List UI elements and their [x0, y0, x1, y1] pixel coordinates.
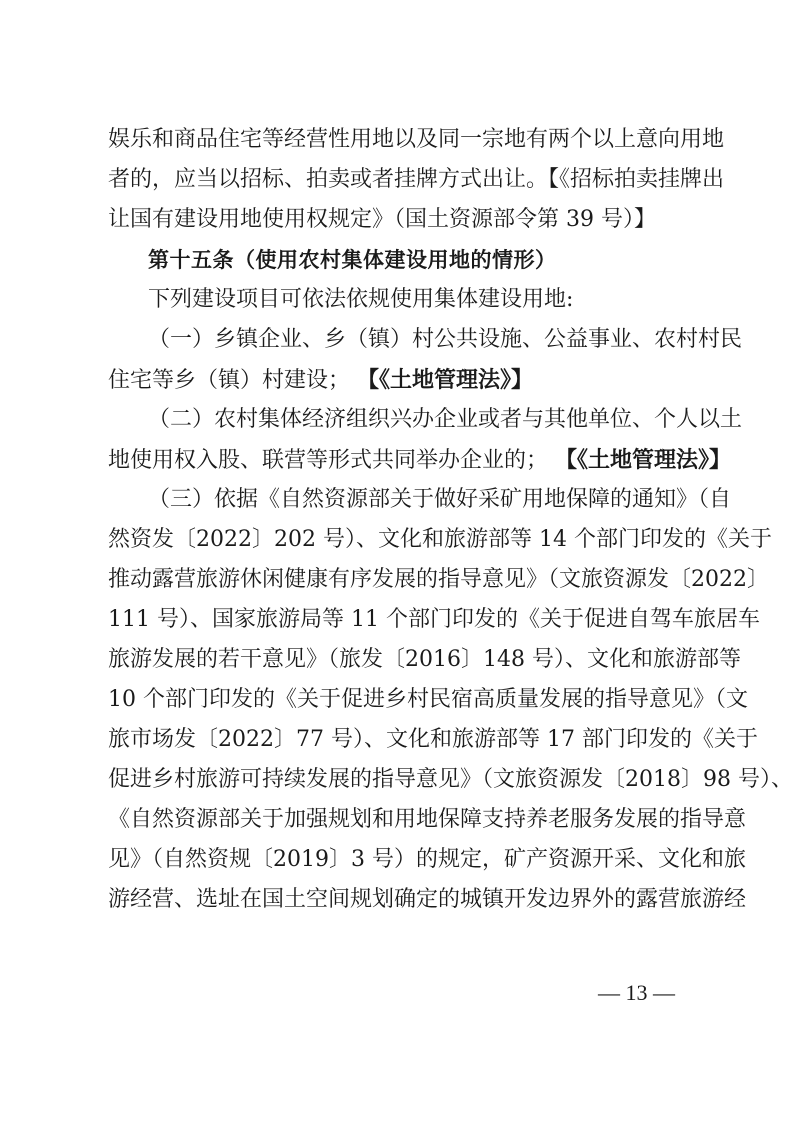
item-2-text: 地使用权入股、联营等形式共同举办企业的； [108, 448, 548, 473]
item-3-line-5: 旅游发展的若干意见》（旅发〔2016〕148 号）、文化和旅游部等 [108, 640, 684, 680]
item-1-line-1: （一）乡镇企业、乡（镇）村公共设施、公益事业、农村村民 [108, 320, 684, 360]
item-3-line-6: 10 个部门印发的《关于促进乡村民宿高质量发展的指导意见》（文 [108, 680, 684, 720]
paragraph-continuation-line-2: 者的，应当以招标、拍卖或者挂牌方式出让。【《招标拍卖挂牌出 [108, 160, 684, 200]
item-2-line-1: （二）农村集体经济组织兴办企业或者与其他单位、个人以土 [108, 400, 684, 440]
article-intro: 下列建设项目可依法依规使用集体建设用地: [108, 280, 684, 320]
item-2-line-2: 地使用权入股、联营等形式共同举办企业的； 【《土地管理法》】 [108, 440, 684, 480]
page-number: — 13 — [598, 978, 698, 1008]
item-3-line-8: 促进乡村旅游可持续发展的指导意见》（文旅资源发〔2018〕98 号）、 [108, 760, 684, 800]
item-3-line-1: （三）依据《自然资源部关于做好采矿用地保障的通知》（自 [108, 480, 684, 520]
document-body: 娱乐和商品住宅等经营性用地以及同一宗地有两个以上意向用地 者的，应当以招标、拍卖… [108, 120, 684, 920]
item-1-legal-reference: 【《土地管理法》】 [357, 367, 533, 393]
paragraph-continuation-line-1: 娱乐和商品住宅等经营性用地以及同一宗地有两个以上意向用地 [108, 120, 684, 160]
item-1-text: 住宅等乡（镇）村建设； [108, 368, 350, 393]
article-heading: 第十五条（使用农村集体建设用地的情形） [108, 240, 684, 280]
item-3-line-4: 111 号）、国家旅游局等 11 个部门印发的《关于促进自驾车旅居车 [108, 600, 684, 640]
item-3-line-11: 游经营、选址在国土空间规划确定的城镇开发边界外的露营旅游经 [108, 880, 684, 920]
item-3-line-2: 然资发〔2022〕202 号）、文化和旅游部等 14 个部门印发的《关于 [108, 520, 684, 560]
item-3-line-7: 旅市场发〔2022〕77 号）、文化和旅游部等 17 部门印发的《关于 [108, 720, 684, 760]
paragraph-continuation-line-3: 让国有建设用地使用权规定》（国土资源部令第 39 号）】 [108, 200, 684, 240]
document-page: 娱乐和商品住宅等经营性用地以及同一宗地有两个以上意向用地 者的，应当以招标、拍卖… [0, 0, 793, 1122]
item-2-legal-reference: 【《土地管理法》】 [555, 447, 731, 473]
item-3-line-10: 见》（自然资规〔2019〕3 号）的规定，矿产资源开采、文化和旅 [108, 840, 684, 880]
item-1-line-2: 住宅等乡（镇）村建设； 【《土地管理法》】 [108, 360, 684, 400]
item-3-line-9: 《自然资源部关于加强规划和用地保障支持养老服务发展的指导意 [108, 800, 684, 840]
item-3-line-3: 推动露营旅游休闲健康有序发展的指导意见》（文旅资源发〔2022〕 [108, 560, 684, 600]
